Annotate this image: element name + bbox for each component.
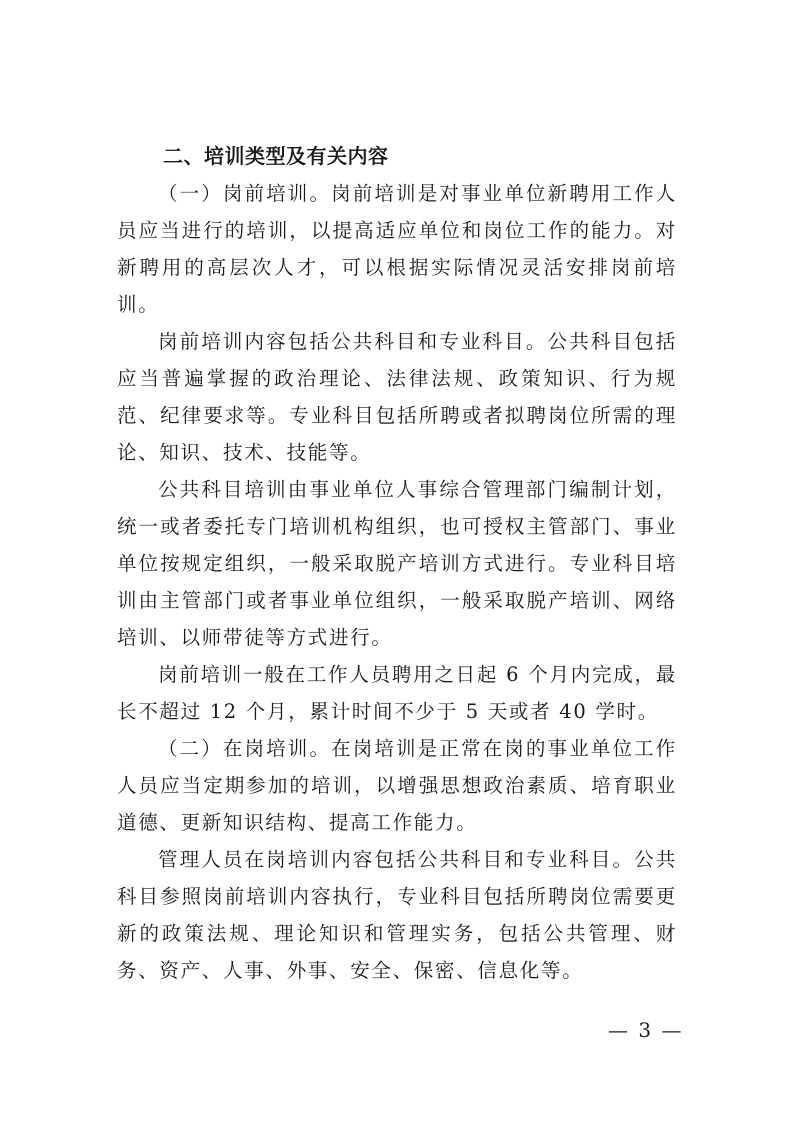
paragraph-public-subject-training: 公共科目培训由事业单位人事综合管理部门编制计划，统一或者委托专门培训机构组织，也… [117,471,677,656]
paragraph-management-on-job-content: 管理人员在岗培训内容包括公共科目和专业科目。公共科目参照岗前培训内容执行，专业科… [117,841,677,989]
paragraph-pre-job-training: （一）岗前培训。岗前培训是对事业单位新聘用工作人员应当进行的培训，以提高适应单位… [117,175,677,323]
page-number: — 3 — [608,1018,683,1042]
document-page: 二、培训类型及有关内容 （一）岗前培训。岗前培训是对事业单位新聘用工作人员应当进… [117,138,677,989]
paragraph-on-job-training: （二）在岗培训。在岗培训是正常在岗的事业单位工作人员应当定期参加的培训，以增强思… [117,730,677,841]
paragraph-pre-job-duration: 岗前培训一般在工作人员聘用之日起 6 个月内完成，最长不超过 12 个月，累计时… [117,656,677,730]
paragraph-pre-job-content: 岗前培训内容包括公共科目和专业科目。公共科目包括应当普遍掌握的政治理论、法律法规… [117,323,677,471]
section-heading: 二、培训类型及有关内容 [117,138,677,175]
